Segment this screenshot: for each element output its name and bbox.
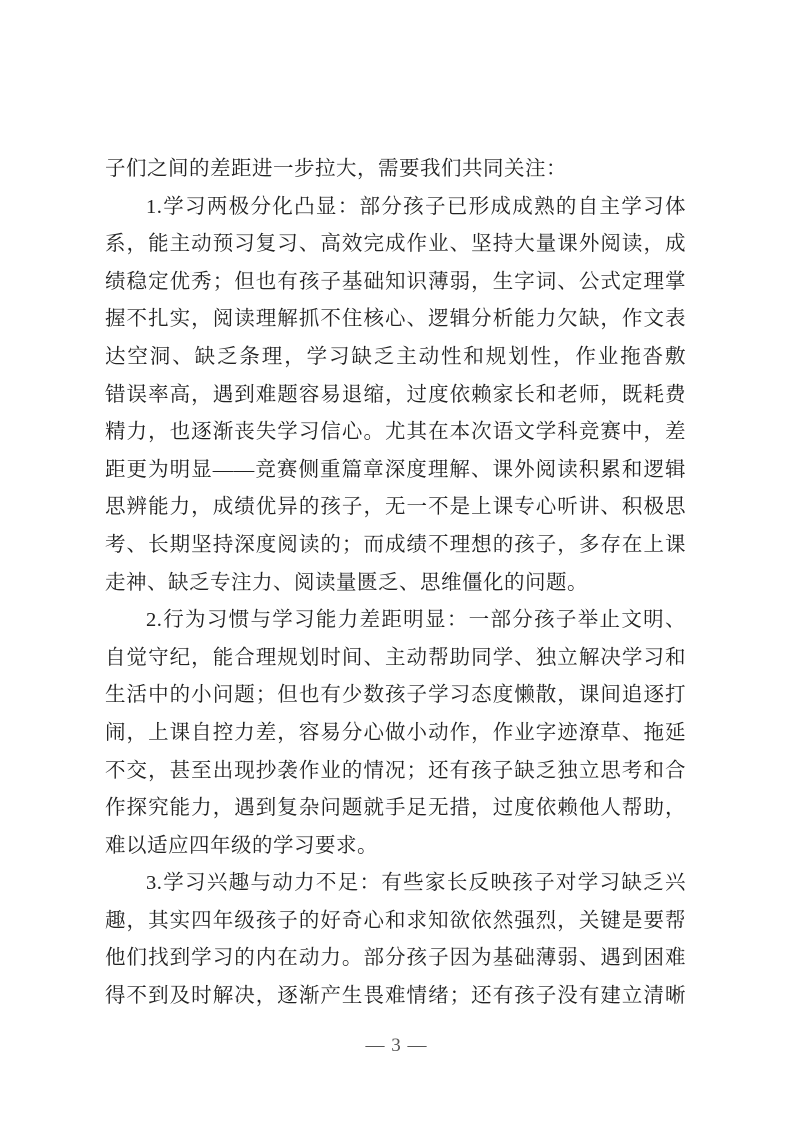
- page-number: — 3 —: [0, 1033, 793, 1059]
- text-line: 自觉守纪，能合理规划时间、主动帮助同学、独立解决学习和: [105, 640, 686, 678]
- text-line: 趣，其实四年级孩子的好奇心和求知欲依然强烈，关键是要帮: [105, 903, 686, 941]
- text-line: 绩稳定优秀；但也有孩子基础知识薄弱，生字词、公式定理掌: [105, 264, 686, 302]
- text-line: 精力，也逐渐丧失学习信心。尤其在本次语文学科竞赛中，差: [105, 414, 686, 452]
- text-line: 达空洞、缺乏条理，学习缺乏主动性和规划性，作业拖沓敷衍、: [105, 339, 686, 377]
- text-line: 3.学习兴趣与动力不足：有些家长反映孩子对学习缺乏兴: [105, 865, 686, 903]
- text-line: 闹，上课自控力差，容易分心做小动作，作业字迹潦草、拖延: [105, 715, 686, 753]
- text-line: 作探究能力，遇到复杂问题就手足无措，过度依赖他人帮助，: [105, 790, 686, 828]
- text-line: 错误率高，遇到难题容易退缩，过度依赖家长和老师，既耗费: [105, 377, 686, 415]
- text-line: 得不到及时解决，逐渐产生畏难情绪；还有孩子没有建立清晰: [105, 978, 686, 1016]
- text-line: 他们找到学习的内在动力。部分孩子因为基础薄弱、遇到困难: [105, 940, 686, 978]
- text-line: 握不扎实，阅读理解抓不住核心、逻辑分析能力欠缺，作文表: [105, 301, 686, 339]
- text-line: 生活中的小问题；但也有少数孩子学习态度懒散，课间追逐打: [105, 677, 686, 715]
- text-line: 系，能主动预习复习、高效完成作业、坚持大量课外阅读，成: [105, 226, 686, 264]
- text-line: 子们之间的差距进一步拉大，需要我们共同关注：: [105, 151, 686, 189]
- document-page: 子们之间的差距进一步拉大，需要我们共同关注：1.学习两极分化凸显：部分孩子已形成…: [0, 0, 793, 1122]
- text-line: 考、长期坚持深度阅读的；而成绩不理想的孩子，多存在上课: [105, 527, 686, 565]
- text-line: 不交，甚至出现抄袭作业的情况；还有孩子缺乏独立思考和合: [105, 753, 686, 791]
- text-line: 难以适应四年级的学习要求。: [105, 828, 686, 866]
- text-line: 距更为明显——竞赛侧重篇章深度理解、课外阅读积累和逻辑: [105, 452, 686, 490]
- text-line: 2.行为习惯与学习能力差距明显：一部分孩子举止文明、: [105, 602, 686, 640]
- text-line: 走神、缺乏专注力、阅读量匮乏、思维僵化的问题。: [105, 565, 686, 603]
- text-line: 1.学习两极分化凸显：部分孩子已形成成熟的自主学习体: [105, 189, 686, 227]
- text-line: 思辨能力，成绩优异的孩子，无一不是上课专心听讲、积极思: [105, 489, 686, 527]
- page-body-text: 子们之间的差距进一步拉大，需要我们共同关注：1.学习两极分化凸显：部分孩子已形成…: [105, 151, 686, 1016]
